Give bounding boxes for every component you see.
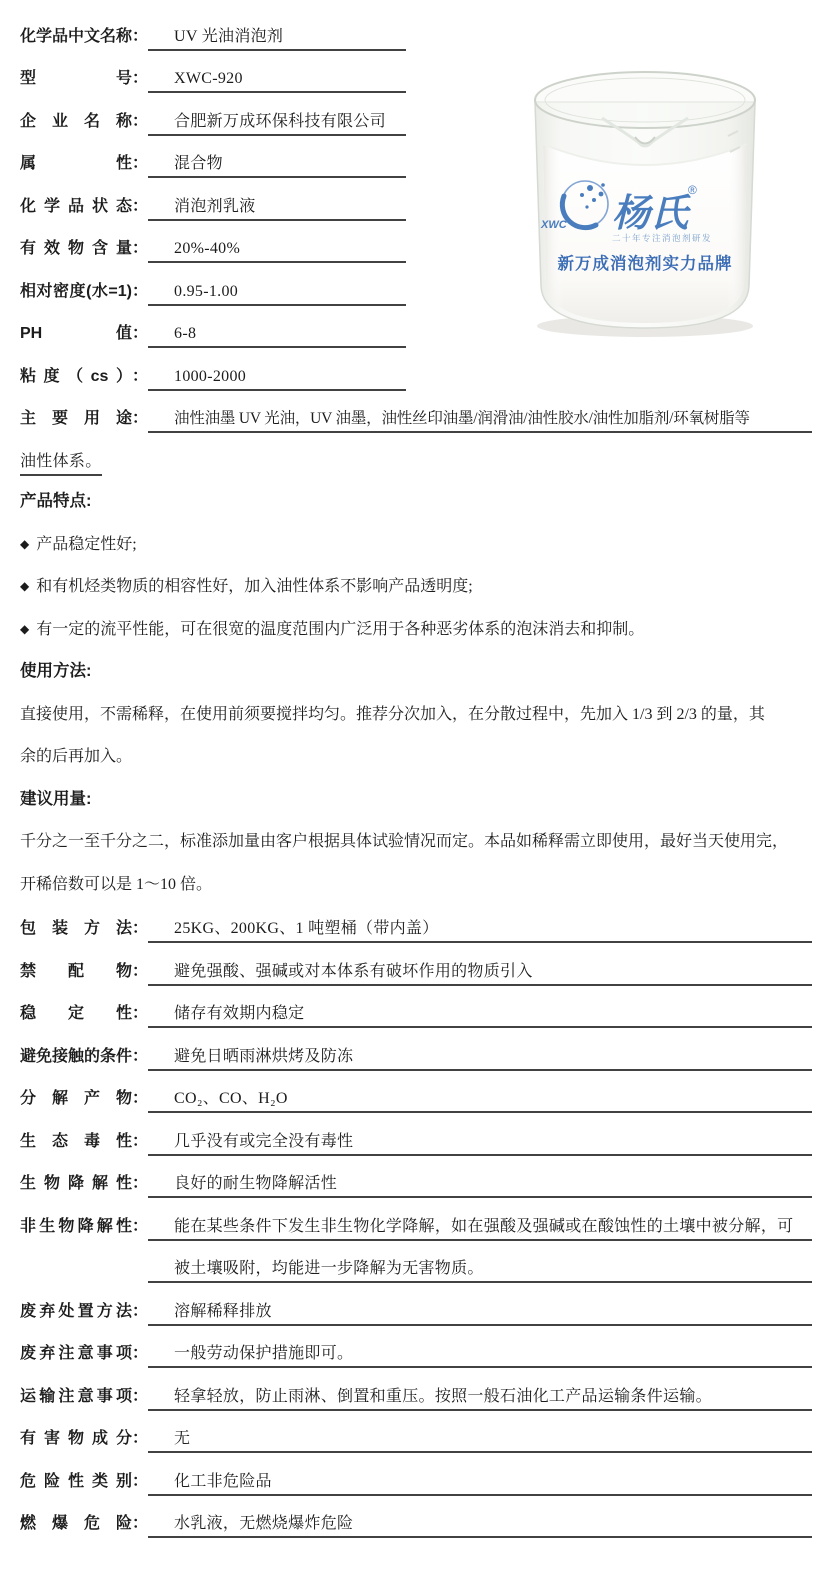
field-label: 有效物含量： — [20, 235, 148, 263]
field-value: 油性油墨 UV 光油，UV 油墨，油性丝印油墨/润滑油/油性胶水/油性加脂剂/环… — [174, 410, 750, 427]
field-label-text: 主要用途 — [20, 405, 132, 428]
field-value: CO₂、CO、H₂O — [174, 1090, 288, 1107]
dosage-paragraph-line-2: 开稀倍数可以是 1～10 倍。 — [20, 858, 812, 901]
field-value: 被土壤吸附，均能进一步降解为无害物质。 — [174, 1260, 484, 1277]
field-underline: 避免强酸、强碱或对本体系有破坏作用的物质引入 — [148, 958, 812, 986]
usage-paragraph-line-1: 直接使用，不需稀释，在使用前须要搅拌均匀。推荐分次加入，在分散过程中，先加入 1… — [20, 688, 812, 731]
field-label: 生物降解性： — [20, 1170, 148, 1198]
field-row-transport-notes: 运输注意事项： 轻拿轻放，防止雨淋、倒置和重压。按照一般石油化工产品运输条件运输… — [20, 1368, 812, 1411]
field-label: 化学品中文名称： — [20, 23, 148, 51]
dosage-paragraph-line-1: 千分之一至千分之二，标准添加量由客户根据具体试验情况而定。本品如稀释需立即使用，… — [20, 816, 812, 859]
field-underline: 无 — [148, 1425, 812, 1453]
field-label-text: 有害物成分 — [20, 1425, 132, 1448]
field-label: 废弃处置方法： — [20, 1298, 148, 1326]
paragraph-text: 开稀倍数可以是 1～10 倍。 — [20, 871, 212, 894]
field-colon: ： — [132, 108, 148, 131]
field-label: 危险性类别： — [20, 1468, 148, 1496]
field-value: 储存有效期内稳定 — [174, 1005, 304, 1022]
field-underline: 溶解稀释排放 — [148, 1298, 812, 1326]
field-label-text: 属性 — [20, 150, 132, 173]
usage-paragraph-line-2: 余的后再加入。 — [20, 731, 812, 774]
logo-xwc-text: XWC — [540, 219, 568, 231]
field-underline: 混合物 — [148, 150, 406, 178]
field-colon: ： — [132, 1510, 148, 1533]
field-label-text: 禁配物 — [20, 958, 132, 981]
paragraph-text: 直接使用，不需稀释，在使用前须要搅拌均匀。推荐分次加入，在分散过程中，先加入 1… — [20, 701, 765, 724]
diamond-bullet-icon: ◆ — [20, 579, 29, 594]
field-row-hazard-category: 危险性类别： 化工非危险品 — [20, 1453, 812, 1496]
field-colon: ： — [132, 1383, 148, 1406]
field-value: 无 — [174, 1430, 190, 1447]
field-value: 化工非危险品 — [174, 1473, 272, 1490]
field-label: 废弃注意事项： — [20, 1340, 148, 1368]
field-label-text: 型号 — [20, 65, 132, 88]
field-colon: ： — [132, 1213, 148, 1236]
field-label: 非生物降解性： — [20, 1213, 148, 1241]
field-underline: 6-8 — [148, 325, 406, 348]
field-colon: ： — [132, 405, 148, 428]
field-row-decomposition-products: 分解产物： CO₂、CO、H₂O — [20, 1071, 812, 1114]
field-label-text: 废弃注意事项 — [20, 1340, 132, 1363]
field-label-text: 废弃处置方法 — [20, 1298, 132, 1321]
field-colon: ： — [132, 23, 148, 46]
field-underline: 一般劳动保护措施即可。 — [148, 1340, 812, 1368]
field-value: 一般劳动保护措施即可。 — [174, 1345, 353, 1362]
field-value: 轻拿轻放，防止雨淋、倒置和重压。按照一般石油化工产品运输条件运输。 — [174, 1388, 712, 1405]
brand-subtitle: 二十年专注消泡剂研发 — [612, 233, 712, 243]
beaker-illustration: XWC 杨氏 ® 二十年专注消泡剂研发 新万成消泡剂实力品牌 — [490, 38, 795, 348]
field-value: 25KG、200KG、1 吨塑桶（带内盖） — [174, 920, 439, 937]
field-row-eco-toxicity: 生态毒性： 几乎没有或完全没有毒性 — [20, 1113, 812, 1156]
brand-tagline: 新万成消泡剂实力品牌 — [558, 253, 733, 273]
field-label: 生态毒性： — [20, 1128, 148, 1156]
field-label: 有害物成分： — [20, 1425, 148, 1453]
field-value: 能在某些条件下发生非生物化学降解，如在强酸及强碱或在酸蚀性的土壤中被分解，可 — [174, 1218, 793, 1235]
field-value: 混合物 — [174, 155, 223, 172]
field-label-text: 企业名称 — [20, 108, 132, 131]
feature-bullet-1: ◆ 产品稳定性好; — [20, 518, 812, 561]
brand-name: 杨氏 — [612, 193, 691, 235]
field-row-viscosity: 粘度（cs）： 1000-2000 — [20, 348, 812, 391]
field-underline: 消泡剂乳液 — [148, 193, 406, 221]
section-heading-dosage: 建议用量: — [20, 773, 812, 816]
field-colon: ： — [132, 958, 148, 981]
field-value: 水乳液，无燃烧爆炸危险 — [174, 1515, 353, 1532]
field-label: 避免接触的条件： — [20, 1043, 148, 1071]
field-underline: 良好的耐生物降解活性 — [148, 1170, 812, 1198]
feature-bullet-3: ◆ 有一定的流平性能，可在很宽的温度范围内广泛用于各种恶劣体系的泡沫消去和抑制。 — [20, 603, 812, 646]
field-label-text: 避免接触的条件 — [20, 1043, 132, 1066]
field-colon: ： — [132, 193, 148, 216]
paragraph-text: 千分之一至千分之二，标准添加量由客户根据具体试验情况而定。本品如稀释需立即使用，… — [20, 828, 788, 851]
feature-bullet-text: 和有机烃类物质的相容性好，加入油性体系不影响产品透明度; — [36, 573, 472, 596]
field-row-non-biodegradability: 非生物降解性： 能在某些条件下发生非生物化学降解，如在强酸及强碱或在酸蚀性的土壤… — [20, 1198, 812, 1241]
field-label: 型号： — [20, 65, 148, 93]
field-underline: 1000-2000 — [148, 368, 406, 391]
field-underline: 油性油墨 UV 光油，UV 油墨，油性丝印油墨/润滑油/油性胶水/油性加脂剂/环… — [148, 406, 812, 433]
paragraph-text: 余的后再加入。 — [20, 743, 132, 766]
field-row-main-use-continued: 油性体系。 — [20, 433, 812, 476]
field-colon: ： — [132, 1468, 148, 1491]
section-heading-usage: 使用方法: — [20, 646, 812, 689]
field-label: 粘度（cs）： — [20, 363, 148, 391]
product-datasheet: 化学品中文名称： UV 光油消泡剂 型号： XWC-920 企业名称： 合肥新万… — [0, 0, 830, 1592]
field-colon: ： — [132, 1085, 148, 1108]
field-value: 避免日晒雨淋烘烤及防冻 — [174, 1048, 353, 1065]
feature-bullet-text: 有一定的流平性能，可在很宽的温度范围内广泛用于各种恶劣体系的泡沫消去和抑制。 — [36, 616, 644, 639]
field-underline: 水乳液，无燃烧爆炸危险 — [148, 1510, 812, 1538]
field-row-packing-method: 包装方法： 25KG、200KG、1 吨塑桶（带内盖） — [20, 901, 812, 944]
field-value: 几乎没有或完全没有毒性 — [174, 1133, 353, 1150]
field-row-explosion-hazard: 燃爆危险： 水乳液，无燃烧爆炸危险 — [20, 1496, 812, 1539]
field-underline: 轻拿轻放，防止雨淋、倒置和重压。按照一般石油化工产品运输条件运输。 — [148, 1383, 812, 1411]
field-label: 包装方法： — [20, 915, 148, 943]
field-colon: ： — [132, 1298, 148, 1321]
field-underline: CO₂、CO、H₂O — [148, 1085, 812, 1113]
field-underline: XWC-920 — [148, 70, 406, 93]
field-label-text: 化学品状态 — [20, 193, 132, 216]
field-colon: ： — [132, 1128, 148, 1151]
field-label-text: 粘度（cs） — [20, 363, 132, 386]
section-heading: 使用方法: — [20, 657, 92, 681]
field-value: 良好的耐生物降解活性 — [174, 1175, 337, 1192]
field-colon: ： — [132, 1340, 148, 1363]
section-heading: 产品特点: — [20, 487, 92, 511]
field-label: 企业名称： — [20, 108, 148, 136]
registered-mark-icon: ® — [688, 183, 697, 197]
field-label: 化学品状态： — [20, 193, 148, 221]
field-colon: ： — [132, 320, 148, 343]
field-label: 主要用途： — [20, 405, 148, 433]
field-value: 1000-2000 — [174, 368, 246, 385]
field-underline: 能在某些条件下发生非生物化学降解，如在强酸及强碱或在酸蚀性的土壤中被分解，可 — [148, 1213, 812, 1241]
field-label-text: 生态毒性 — [20, 1128, 132, 1151]
field-colon: ： — [132, 363, 148, 386]
field-label-text: 有效物含量 — [20, 235, 132, 258]
field-underline: 被土壤吸附，均能进一步降解为无害物质。 — [148, 1255, 812, 1283]
field-label-text: PH 值 — [20, 320, 132, 343]
field-label-text: 稳定性 — [20, 1000, 132, 1023]
field-label-text: 分解产物 — [20, 1085, 132, 1108]
field-underline: 化工非危险品 — [148, 1468, 812, 1496]
field-label: PH 值： — [20, 320, 148, 348]
field-row-disposal-method: 废弃处置方法： 溶解稀释排放 — [20, 1283, 812, 1326]
field-row-harmful-components: 有害物成分： 无 — [20, 1411, 812, 1454]
field-underline: 几乎没有或完全没有毒性 — [148, 1128, 812, 1156]
field-colon: ： — [132, 1043, 148, 1066]
section-heading-features: 产品特点: — [20, 476, 812, 519]
diamond-bullet-icon: ◆ — [20, 622, 29, 637]
field-label-text: 燃爆危险 — [20, 1510, 132, 1533]
field-label: 属性： — [20, 150, 148, 178]
field-label-text: 危险性类别 — [20, 1468, 132, 1491]
field-value: 消泡剂乳液 — [174, 198, 256, 215]
feature-bullet-text: 产品稳定性好; — [36, 531, 136, 554]
field-label: 稳定性： — [20, 1000, 148, 1028]
field-row-main-use: 主要用途： 油性油墨 UV 光油，UV 油墨，油性丝印油墨/润滑油/油性胶水/油… — [20, 391, 812, 434]
field-label-text: 生物降解性 — [20, 1170, 132, 1193]
field-label: 禁配物： — [20, 958, 148, 986]
field-value: UV 光油消泡剂 — [174, 28, 283, 45]
field-underline: 合肥新万成环保科技有限公司 — [148, 108, 406, 136]
field-row-non-biodegradability-continued: 被土壤吸附，均能进一步降解为无害物质。 — [20, 1241, 812, 1284]
field-colon: ： — [132, 150, 148, 173]
field-row-conditions-to-avoid: 避免接触的条件： 避免日晒雨淋烘烤及防冻 — [20, 1028, 812, 1071]
field-colon: ： — [132, 1170, 148, 1193]
field-value-continued: 油性体系。 — [20, 448, 102, 476]
field-underline: UV 光油消泡剂 — [148, 23, 406, 51]
field-label-text: 非生物降解性 — [20, 1213, 132, 1236]
field-colon: ： — [132, 1000, 148, 1023]
field-label-text: 运输注意事项 — [20, 1383, 132, 1406]
field-label: 运输注意事项： — [20, 1383, 148, 1411]
field-underline: 0.95-1.00 — [148, 283, 406, 306]
field-underline: 储存有效期内稳定 — [148, 1000, 812, 1028]
field-value: 避免强酸、强碱或对本体系有破坏作用的物质引入 — [174, 963, 533, 980]
field-colon: ： — [132, 915, 148, 938]
field-colon: ： — [132, 278, 148, 301]
field-value: 溶解稀释排放 — [174, 1303, 272, 1320]
field-row-stability: 稳定性： 储存有效期内稳定 — [20, 986, 812, 1029]
field-underline: 25KG、200KG、1 吨塑桶（带内盖） — [148, 915, 812, 943]
field-value: 合肥新万成环保科技有限公司 — [174, 113, 386, 130]
field-label-text: 化学品中文名称 — [20, 23, 132, 46]
field-label: 分解产物： — [20, 1085, 148, 1113]
section-heading: 建议用量: — [20, 785, 92, 809]
field-label: 相对密度(水=1)： — [20, 278, 148, 306]
field-value: XWC-920 — [174, 70, 243, 87]
field-row-biodegradability: 生物降解性： 良好的耐生物降解活性 — [20, 1156, 812, 1199]
field-row-disposal-notes: 废弃注意事项： 一般劳动保护措施即可。 — [20, 1326, 812, 1369]
feature-bullet-2: ◆ 和有机烃类物质的相容性好，加入油性体系不影响产品透明度; — [20, 561, 812, 604]
field-label: 燃爆危险： — [20, 1510, 148, 1538]
field-colon: ： — [132, 235, 148, 258]
field-value: 20%-40% — [174, 240, 240, 257]
field-row-incompatibilities: 禁配物： 避免强酸、强碱或对本体系有破坏作用的物质引入 — [20, 943, 812, 986]
field-colon: ： — [132, 1425, 148, 1448]
field-value: 6-8 — [174, 325, 196, 342]
field-value: 油性体系。 — [20, 453, 102, 470]
field-label-text: 相对密度(水=1) — [20, 278, 132, 301]
diamond-bullet-icon: ◆ — [20, 537, 29, 552]
field-value: 0.95-1.00 — [174, 283, 238, 300]
field-label-text: 包装方法 — [20, 915, 132, 938]
field-colon: ： — [132, 65, 148, 88]
field-underline: 20%-40% — [148, 240, 406, 263]
product-photo-beaker: XWC 杨氏 ® 二十年专注消泡剂研发 新万成消泡剂实力品牌 — [490, 38, 795, 348]
field-underline: 避免日晒雨淋烘烤及防冻 — [148, 1043, 812, 1071]
